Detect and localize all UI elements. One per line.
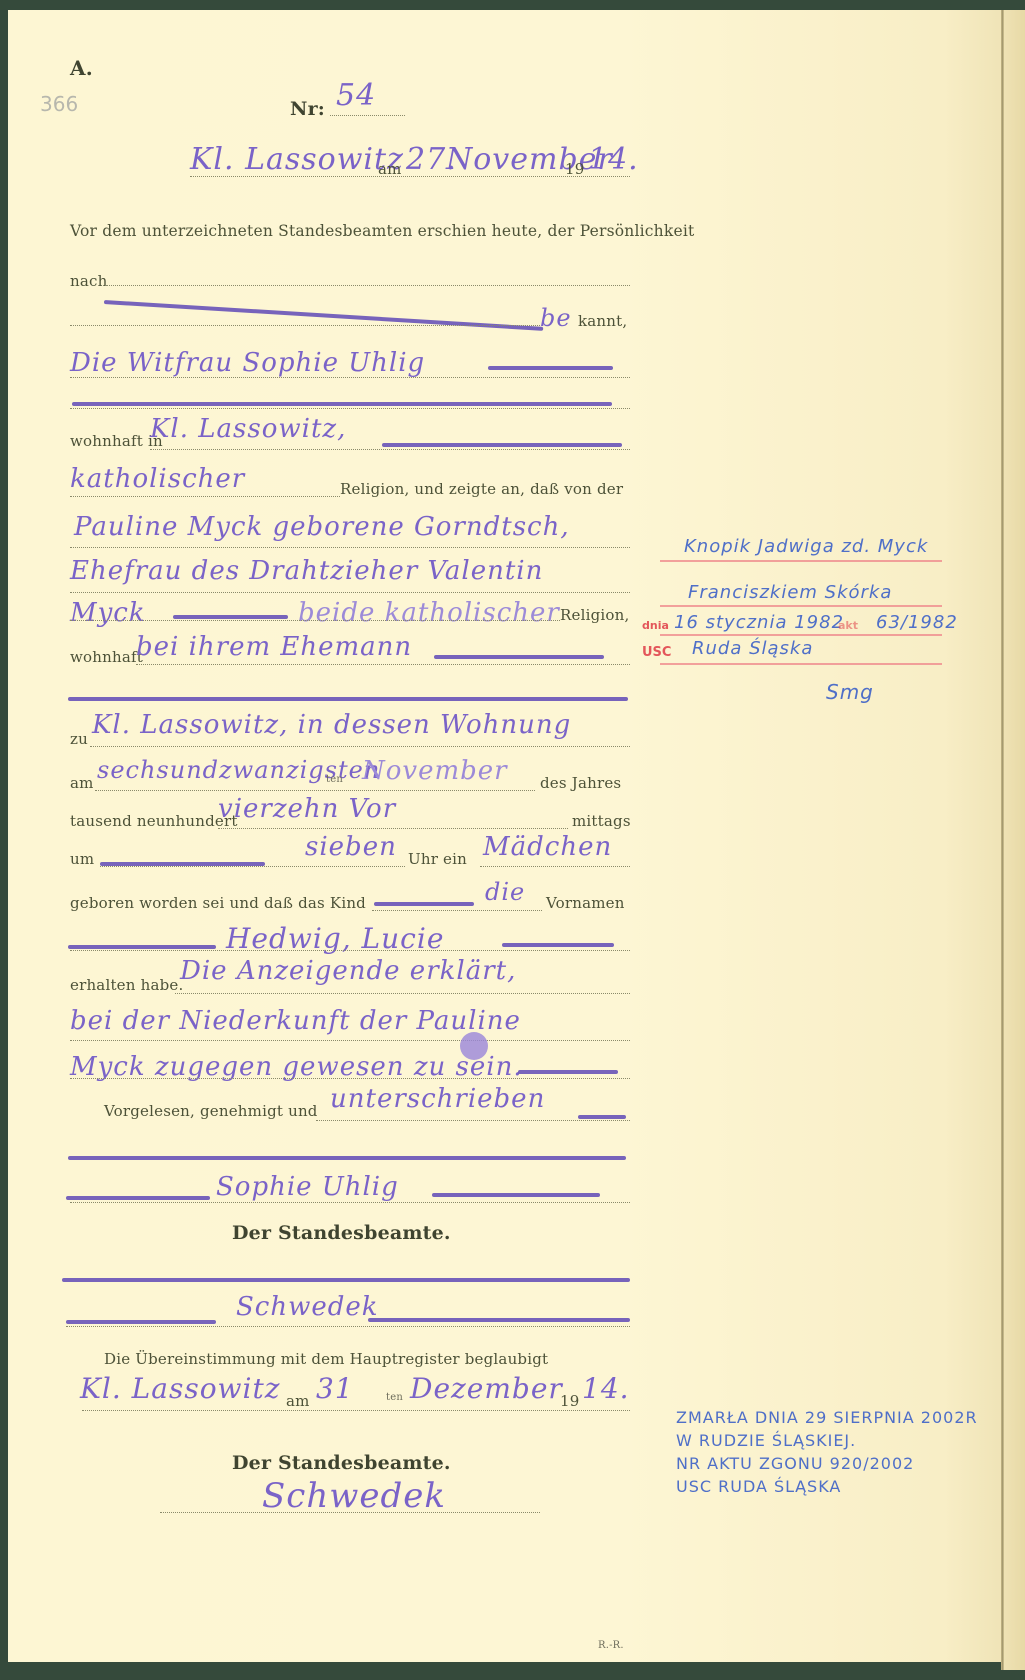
- nach-dotted-line: [105, 285, 630, 286]
- stamp-line: [660, 663, 942, 665]
- kannt-prefix: be: [540, 304, 572, 332]
- death-line-4: USC RUDA ŚLĄSKA: [676, 1477, 841, 1496]
- fill-line: [66, 1320, 216, 1324]
- dotted-line: [316, 1120, 630, 1121]
- father-surname: Myck: [70, 598, 146, 628]
- am-label: am: [70, 774, 94, 792]
- certification-line: Die Übereinstimmung mit dem Hauptregiste…: [104, 1350, 548, 1368]
- book-spine: [1004, 10, 1025, 1670]
- wohnhaft-label: wohnhaft: [70, 648, 143, 666]
- registrar-signature-2: Schwedek: [262, 1476, 446, 1516]
- dotted-line: [70, 408, 630, 409]
- dotted-line: [480, 866, 630, 867]
- fill-line: [434, 655, 604, 659]
- parents-residence: bei ihrem Ehemann: [136, 632, 412, 662]
- fill-line: [68, 697, 628, 701]
- am-label: am: [378, 160, 402, 178]
- dotted-line: [95, 790, 535, 791]
- birth-hour-words: sieben: [305, 832, 397, 862]
- informant-dotted-line: [70, 377, 630, 378]
- registration-place: Kl. Lassowitz: [190, 142, 404, 177]
- dotted-line: [90, 746, 630, 747]
- registrar-title: Der Standesbeamte.: [232, 1222, 451, 1244]
- fill-line: [374, 902, 474, 906]
- die-handwritten: die: [485, 878, 525, 906]
- tausend-label: tausend neunhundert: [70, 812, 238, 830]
- dotted-line: [372, 910, 542, 911]
- wohnhaft-in-label: wohnhaft in: [70, 432, 163, 450]
- ten-label: ten: [326, 774, 343, 785]
- cert-year-suffix: 14.: [582, 1372, 630, 1405]
- married-name: Knopik Jadwiga zd. Myck: [684, 536, 928, 557]
- registrar-title-2: Der Standesbeamte.: [232, 1452, 451, 1474]
- religion-line-label: Religion, und zeigte an, daß von der: [340, 480, 623, 498]
- informant-religion: katholischer: [70, 464, 245, 494]
- fill-line: [488, 366, 613, 370]
- stamp-line: [660, 605, 942, 607]
- fill-line: [66, 1196, 210, 1200]
- printer-mark: R.-R.: [598, 1640, 624, 1651]
- fill-line: [502, 943, 614, 947]
- remark-line-1: Die Anzeigende erklärt,: [180, 956, 516, 986]
- des-jahres-label: des Jahres: [540, 774, 621, 792]
- nr-dotted-line: [330, 115, 405, 116]
- vornamen-label: Vornamen: [546, 894, 625, 912]
- vorgelesen-label: Vorgelesen, genehmigt und: [104, 1102, 318, 1120]
- cert-ten-label: ten: [386, 1392, 403, 1403]
- mittags-label: mittags: [572, 812, 631, 830]
- birth-year-words: vierzehn Vor: [218, 794, 396, 824]
- stamp-akt-label: akt: [838, 619, 858, 632]
- child-sex: Mädchen: [483, 832, 612, 862]
- dotted-line: [218, 828, 568, 829]
- dotted-line: [150, 449, 630, 450]
- fill-line: [432, 1193, 600, 1197]
- dotted-line: [175, 993, 630, 994]
- registrar-signature: Schwedek: [236, 1292, 379, 1322]
- death-line-3: NR AKTU ZGONU 920/2002: [676, 1454, 914, 1473]
- uhr-ein-label: Uhr ein: [408, 850, 467, 868]
- stamp-line: [660, 560, 942, 562]
- year-prefix: 19: [565, 160, 585, 178]
- fill-line: [68, 1156, 626, 1160]
- cert-am-label: am: [286, 1392, 310, 1410]
- dotted-line: [82, 1410, 630, 1411]
- death-line-1: ZMARŁA DNIA 29 SIERPNIA 2002R: [676, 1408, 978, 1427]
- death-line-2: W RUDZIE ŚLĄSKIEJ.: [676, 1431, 856, 1450]
- dotted-line: [70, 1202, 630, 1203]
- zu-label: zu: [70, 730, 88, 748]
- erhalten-label: erhalten habe.: [70, 976, 183, 994]
- kannt-dotted-line: [70, 325, 540, 326]
- marriage-date: 16 stycznia 1982: [674, 612, 844, 633]
- dotted-line: [70, 592, 630, 593]
- dotted-line: [100, 866, 405, 867]
- informant-residence: Kl. Lassowitz,: [150, 414, 346, 444]
- dotted-line: [66, 1326, 630, 1327]
- informant-signature: Sophie Uhlig: [216, 1172, 399, 1202]
- cert-place: Kl. Lassowitz: [80, 1372, 280, 1405]
- dotted-line: [160, 1512, 540, 1513]
- dotted-line: [70, 1078, 630, 1079]
- fill-line: [368, 1318, 630, 1322]
- stamp-usc-label: USC: [642, 645, 671, 660]
- marriage-act-number: 63/1982: [876, 612, 958, 633]
- year-suffix: 14.: [588, 142, 639, 177]
- fill-line: [72, 402, 612, 406]
- stamp-dnia-label: dnia: [642, 619, 669, 632]
- fill-line: [578, 1115, 626, 1119]
- fill-line: [68, 945, 216, 949]
- entry-number: 54: [336, 78, 376, 113]
- fill-line: [173, 615, 288, 619]
- nach-label: nach: [70, 272, 107, 290]
- dotted-line: [70, 496, 340, 497]
- dotted-line: [70, 950, 630, 951]
- remark-line-2: bei der Niederkunft der Pauline: [70, 1006, 521, 1036]
- fill-line: [518, 1070, 618, 1074]
- dotted-line: [70, 1040, 630, 1041]
- parents-religion: beide katholischer: [298, 598, 560, 628]
- um-label: um: [70, 850, 94, 868]
- informant-name: Die Witfrau Sophie Uhlig: [70, 348, 425, 378]
- spouse-name: Franciszkiem Skórka: [688, 582, 892, 603]
- nr-label: Nr:: [290, 98, 325, 120]
- dotted-line: [70, 620, 560, 621]
- fill-line: [62, 1278, 630, 1282]
- cert-day: 31: [316, 1372, 354, 1405]
- religion-label: Religion,: [560, 606, 629, 624]
- geboren-label: geboren worden sei und daß das Kind: [70, 894, 366, 912]
- unterschrieben: unterschrieben: [330, 1084, 545, 1114]
- dotted-line: [70, 547, 630, 548]
- kannt-label: kannt,: [578, 312, 627, 330]
- birth-month: November: [362, 756, 508, 786]
- section-letter: A.: [70, 56, 93, 80]
- dotted-line: [136, 664, 630, 665]
- marriage-office: Ruda Śląska: [692, 638, 813, 659]
- annotation-signature: Smg: [826, 680, 874, 704]
- cert-year-prefix: 19: [560, 1392, 580, 1410]
- mother-status: Ehefrau des Drahtzieher Valentin: [70, 556, 543, 586]
- stamp-line: [660, 634, 942, 636]
- birth-place: Kl. Lassowitz, in dessen Wohnung: [92, 710, 571, 740]
- cert-month: Dezember: [410, 1372, 563, 1405]
- fill-line: [382, 443, 622, 447]
- intro-line: Vor dem unterzeichneten Standesbeamten e…: [70, 222, 694, 240]
- margin-pencil-number: 366: [40, 92, 78, 116]
- mother-name: Pauline Myck geborene Gorndtsch,: [74, 512, 570, 542]
